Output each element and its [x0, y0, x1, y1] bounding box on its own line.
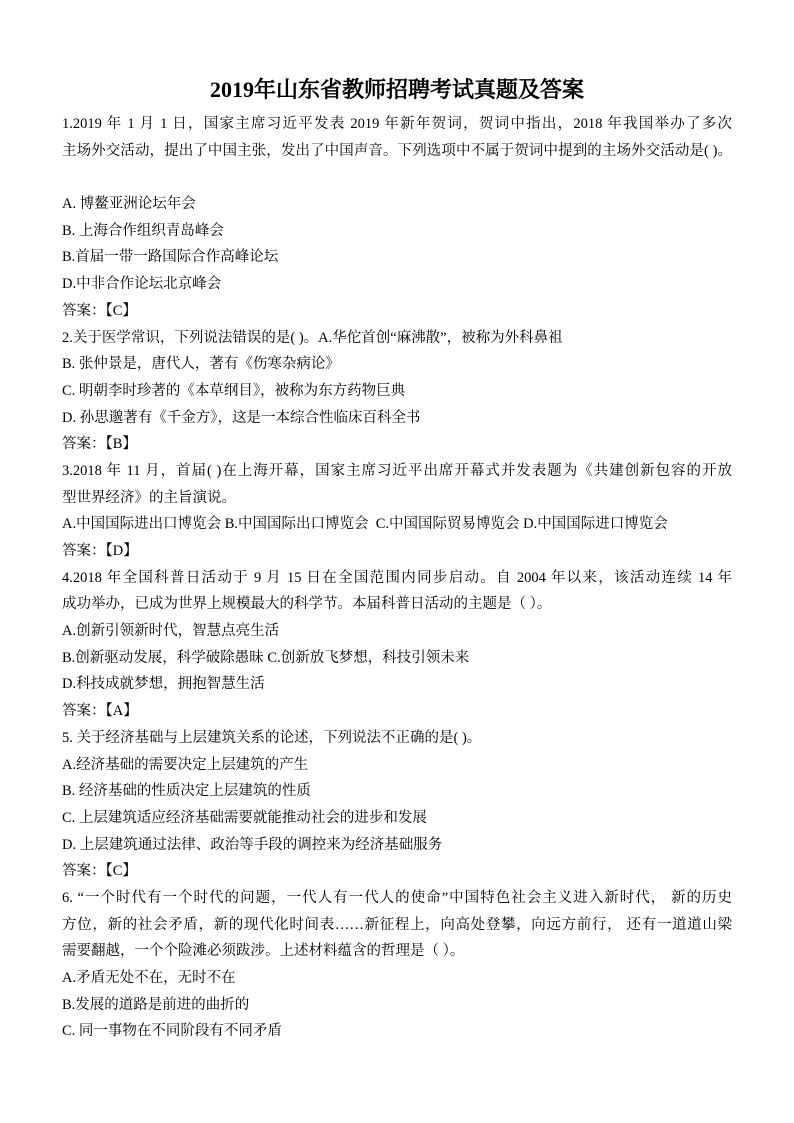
question-3-stem-line: 3.2018 年 11 月，首届( )在上海开幕，国家主席习近平出席开幕式并发表… [62, 458, 732, 485]
question-3-option-line: A.中国国际进出口博览会 B.中国国际出口博览会 C.中国国际贸易博览会 D.中… [62, 511, 732, 538]
question-6: 6. “一个时代有一个时代的问题，一代人有一代人的使命”中国特色社会主义进入新时… [62, 885, 732, 1045]
question-1-option-line: B. 上海合作组织青岛峰会 [62, 218, 732, 245]
question-4-answer-line: 答案：【A】 [62, 698, 732, 725]
question-1-stem-line: 主场外交活动，提出了中国主张，发出了中国声音。下列选项中不属于贺词中提到的主场外… [62, 138, 732, 165]
question-5-answer-line: 答案：【C】 [62, 858, 732, 885]
question-6-stem-line: 需要翻越，一个个险滩必须跋涉。上述材料蕴含的哲理是（ ）。 [62, 938, 732, 965]
question-6-stem-line: 6. “一个时代有一个时代的问题，一代人有一代人的使命”中国特色社会主义进入新时… [62, 885, 732, 912]
question-2: 2.关于医学常识，下列说法错误的是( )。A.华佗首创“麻沸散”，被称为外科鼻祖… [62, 325, 732, 458]
question-4-option-line: D.科技成就梦想，拥抱智慧生活 [62, 671, 732, 698]
question-5-option-line: D. 上层建筑通过法律、政治等手段的调控来为经济基础服务 [62, 832, 732, 859]
question-5-option-line: B. 经济基础的性质决定上层建筑的性质 [62, 778, 732, 805]
question-4-stem-line: 4.2018 年全国科普日活动于 9 月 15 日在全国范围内同步启动。自 20… [62, 565, 732, 592]
question-6-option-line: C. 同一事物在不同阶段有不同矛盾 [62, 1018, 732, 1045]
question-2-option-line: D. 孙思邈著有《千金方》，这是一本综合性临床百科全书 [62, 405, 732, 432]
question-2-stem-line: 2.关于医学常识，下列说法错误的是( )。A.华佗首创“麻沸散”，被称为外科鼻祖 [62, 325, 732, 352]
exam-document-page: 2019年山东省教师招聘考试真题及答案 1.2019 年 1 月 1 日，国家主… [0, 0, 794, 1123]
question-4-option-line: A.创新引领新时代，智慧点亮生活 [62, 618, 732, 645]
question-5-stem-line: 5. 关于经济基础与上层建筑关系的论述，下列说法不正确的是( )。 [62, 725, 732, 752]
question-1: 1.2019 年 1 月 1 日，国家主席习近平发表 2019 年新年贺词，贺词… [62, 111, 732, 325]
question-5-option-line: C. 上层建筑适应经济基础需要就能推动社会的进步和发展 [62, 805, 732, 832]
question-6-stem-line: 方位，新的社会矛盾，新的现代化时间表……新征程上，向高处登攀，向远方前行， 还有… [62, 912, 732, 939]
question-4-stem-line: 成功举办，已成为世界上规模最大的科学节。本届科普日活动的主题是（ ）。 [62, 591, 732, 618]
question-1-stem-line: 1.2019 年 1 月 1 日，国家主席习近平发表 2019 年新年贺词，贺词… [62, 111, 732, 138]
question-4: 4.2018 年全国科普日活动于 9 月 15 日在全国范围内同步启动。自 20… [62, 565, 732, 725]
question-5-option-line: A.经济基础的需要决定上层建筑的产生 [62, 752, 732, 779]
question-1-answer-line: 答案：【C】 [62, 298, 732, 325]
question-3-stem-line: 型世界经济》的主旨演说。 [62, 485, 732, 512]
question-2-option-line: B. 张仲景是，唐代人，著有《伤寒杂病论》 [62, 351, 732, 378]
question-6-option-line: B.发展的道路是前进的曲折的 [62, 992, 732, 1019]
question-2-option-line: C. 明朝李时珍著的《本草纲目》，被称为东方药物巨典 [62, 378, 732, 405]
question-4-option-line: B.创新驱动发展，科学破除愚昧 C.创新放飞梦想，科技引领未来 [62, 645, 732, 672]
question-6-option-line: A.矛盾无处不在，无时不在 [62, 965, 732, 992]
question-5: 5. 关于经济基础与上层建筑关系的论述，下列说法不正确的是( )。A.经济基础的… [62, 725, 732, 885]
question-1-option-line: B.首届一带一路国际合作高峰论坛 [62, 244, 732, 271]
question-3: 3.2018 年 11 月，首届( )在上海开幕，国家主席习近平出席开幕式并发表… [62, 458, 732, 565]
question-1-option-line: D.中非合作论坛北京峰会 [62, 271, 732, 298]
document-body: 1.2019 年 1 月 1 日，国家主席习近平发表 2019 年新年贺词，贺词… [62, 111, 732, 1045]
question-1-option-line: A. 博鳌亚洲论坛年会 [62, 191, 732, 218]
blank-line [62, 164, 732, 191]
page-title: 2019年山东省教师招聘考试真题及答案 [62, 0, 732, 106]
question-3-answer-line: 答案：【D】 [62, 538, 732, 565]
question-2-answer-line: 答案：【B】 [62, 431, 732, 458]
